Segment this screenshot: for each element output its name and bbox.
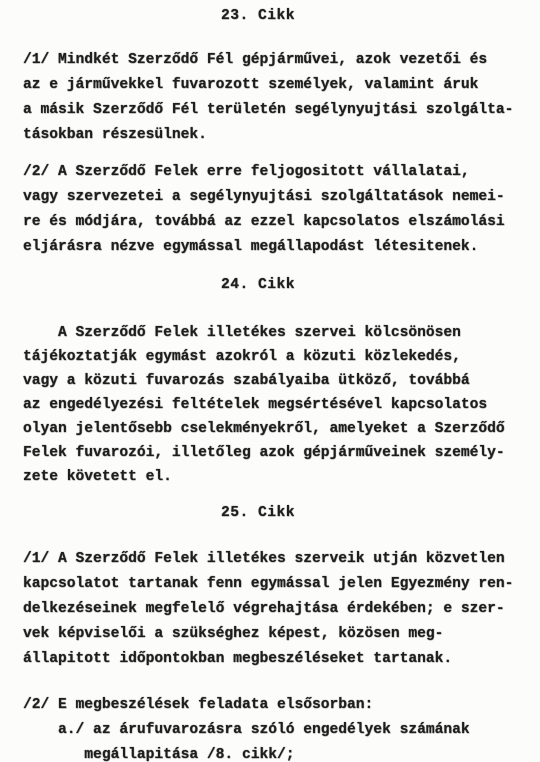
text-line: tásokban részesülnek. [23,123,513,148]
text-line: olyan jelentősebb cselekményekről, amely… [23,417,505,441]
text-line: re és módjára, továbbá az ezzel kapcsola… [23,210,505,235]
text-line: /1/ Mindkét Szerződő Fél gépjárművei, az… [23,48,513,73]
article-25-paragraph-1: /1/ A Szerződő Felek illetékes szerveik … [23,547,513,672]
text-line: /2/ A Szerződő Felek erre feljogositott … [23,160,505,185]
text-line: zete követett el. [23,465,505,489]
text-line: vagy a közuti fuvarozás szabályaiba ütkö… [23,369,505,393]
text-line: /1/ A Szerződő Felek illetékes szerveik … [23,547,513,572]
article-25-title: 25. Cikk [0,503,516,523]
text-line: vagy szervezetei a segélynyujtási szolgá… [23,185,505,210]
scanned-page: 23. Cikk /1/ Mindkét Szerződő Fél gépjár… [0,0,540,762]
text-line: a./ az árufuvarozásra szóló engedélyek s… [23,718,470,743]
text-line: az engedélyezési feltételek megsértéséve… [23,393,505,417]
text-line: tájékoztatják egymást azokról a közuti k… [23,345,505,369]
text-line: az e járművekkel fuvarozott személyek, v… [23,73,513,98]
text-line: eljárásra nézve egymással megállapodást … [23,235,505,260]
article-24-paragraph-1: A Szerződő Felek illetékes szervei kölcs… [23,321,505,489]
text-line: állapitott időpontokban megbeszéléseket … [23,647,513,672]
text-line: vek képviselői a szükséghez képest, közö… [23,622,513,647]
article-23-paragraph-1: /1/ Mindkét Szerződő Fél gépjárművei, az… [23,48,513,148]
text-line: Felek fuvarozói, illetőleg azok gépjármű… [23,441,505,465]
text-line: kapcsolatot tartanak fenn egymással jele… [23,572,513,597]
article-25-paragraph-2: /2/ E megbeszélések feladata elsősorban:… [23,693,470,762]
article-24-title: 24. Cikk [0,275,516,295]
text-line: delkezéseinek megfelelő végrehajtása érd… [23,597,513,622]
text-line: /2/ E megbeszélések feladata elsősorban: [23,693,470,718]
text-line: a másik Szerződő Fél területén segélynyu… [23,98,513,123]
text-line: megállapitása /8. cikk/; [23,743,470,762]
article-23-paragraph-2: /2/ A Szerződő Felek erre feljogositott … [23,160,505,260]
text-line: A Szerződő Felek illetékes szervei kölcs… [23,321,505,345]
article-23-title: 23. Cikk [0,6,516,26]
